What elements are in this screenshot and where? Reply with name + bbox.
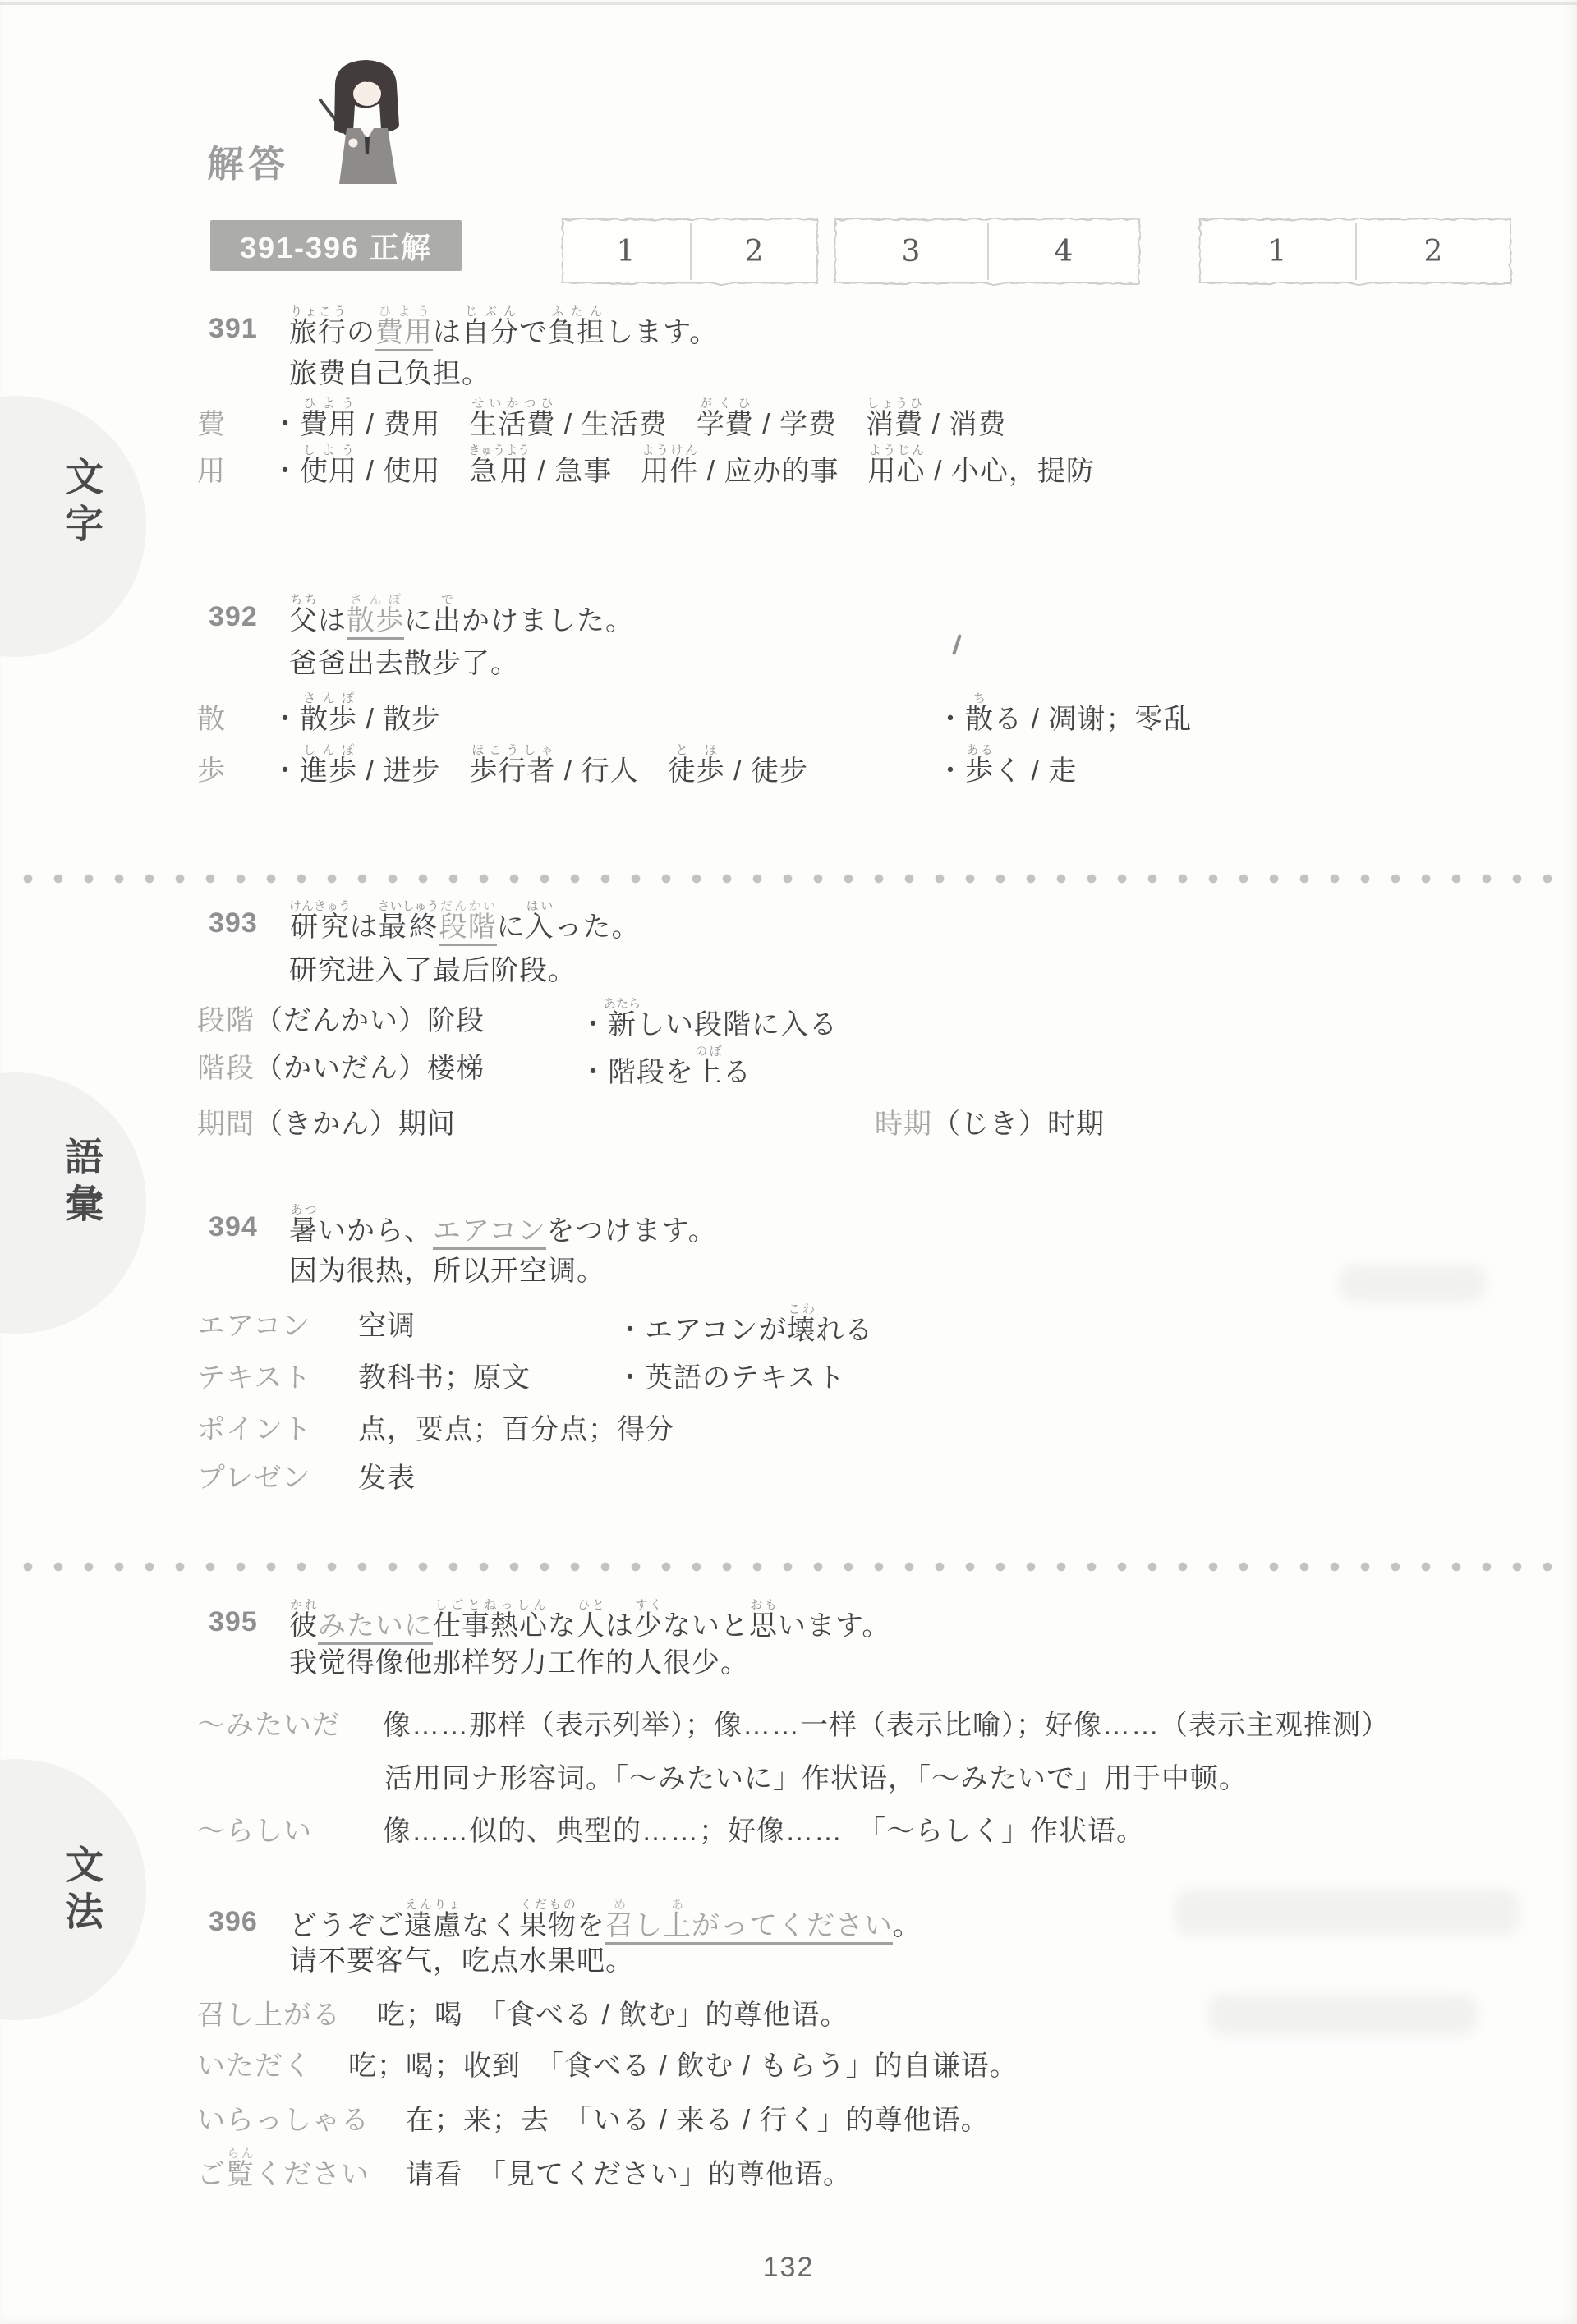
row-head: ～らしい bbox=[197, 1807, 383, 1855]
row-body: 点，要点；百分点；得分 bbox=[358, 1414, 674, 1445]
vocab-row: 散・散歩さんぽ / 散步 ・散ちる / 凋谢；零乱 bbox=[197, 691, 1544, 739]
question-392-sentence: 392 父ちちは散歩さんぽに出でかけました。 bbox=[197, 593, 1544, 641]
row-right: ・英語のテキスト bbox=[616, 1354, 845, 1402]
question-number: 393 bbox=[209, 899, 258, 947]
vocab-row: プレゼン发表 bbox=[197, 1454, 1544, 1502]
row-body: 像……似的、典型的……；好像…… 「～らしく」作状语。 bbox=[383, 1816, 1145, 1847]
grammar-row: いただく吃；喝；收到 「食べる / 飲む / もらう」的自谦语。 bbox=[197, 2042, 1544, 2090]
bleed-artifact bbox=[1339, 1265, 1487, 1302]
row-right: ・新あたらしい段階に入る bbox=[579, 997, 838, 1049]
row-head: ご覧らんください bbox=[197, 2147, 370, 2198]
row-right: 時期（じき）时期 bbox=[875, 1100, 1105, 1148]
grammar-row: ～らしい像……似的、典型的……；好像…… 「～らしく」作状语。 bbox=[197, 1807, 1544, 1855]
answer-group-1: 1 2 bbox=[562, 218, 818, 284]
row-right: ・歩あるく / 走 bbox=[936, 743, 1077, 795]
row-body: 空调 bbox=[358, 1311, 416, 1342]
translation-text: 爸爸出去散步了。 bbox=[289, 640, 519, 687]
question-392-translation: 爸爸出去散步了。 bbox=[197, 640, 1544, 687]
row-body: ・進歩しんぽ / 进步 歩行者ほこうしゃ / 行人 徒歩とほ / 徒步 bbox=[271, 756, 808, 787]
answer-cell: 2 bbox=[690, 218, 818, 284]
scan-edge-artifact bbox=[0, 2, 1577, 5]
vocab-row: 費・費用ひよう / 费用 生活費せいかつひ / 生活费 学費がくひ / 学费 消… bbox=[197, 397, 1544, 444]
answer-cell: 2 bbox=[1355, 218, 1511, 284]
vocab-row: 歩・進歩しんぽ / 进步 歩行者ほこうしゃ / 行人 徒歩とほ / 徒步 ・歩あ… bbox=[197, 743, 1544, 791]
answer-cell: 1 bbox=[1199, 218, 1355, 284]
page: 文字 語彙 文法 解答 391-396 正解 1 2 3 4 1 bbox=[0, 0, 1577, 2324]
row-head: ～みたいだ bbox=[197, 1702, 383, 1749]
row-right: ・階段を上のぼる bbox=[579, 1045, 752, 1096]
row-head: 期間 bbox=[197, 1100, 255, 1148]
vocab-row: テキスト教科书；原文 ・英語のテキスト bbox=[197, 1354, 1544, 1402]
face bbox=[353, 81, 381, 106]
translation-text: 我觉得像他那样努力工作的人很少。 bbox=[289, 1639, 749, 1687]
vocab-row: エアコン空调 ・エアコンが壊こわれる bbox=[197, 1302, 1544, 1350]
grammar-row: 活用同ナ形容词。「～みたいに」作状语，「～みたいで」用于中顿。 bbox=[197, 1755, 1544, 1803]
row-body: ・散歩さんぽ / 散步 bbox=[271, 704, 440, 735]
answer-cell: 3 bbox=[834, 218, 987, 284]
question-number: 391 bbox=[209, 305, 258, 352]
row-body: ・費用ひよう / 费用 生活費せいかつひ / 生活费 学費がくひ / 学费 消費… bbox=[271, 409, 1006, 440]
answer-range-badge: 391-396 正解 bbox=[210, 220, 462, 271]
question-number: 394 bbox=[209, 1203, 258, 1251]
answer-cell: 1 bbox=[562, 218, 690, 284]
row-head: いただく bbox=[197, 2042, 312, 2090]
vocab-row: 階段（かいだん）楼梯 ・階段を上のぼる bbox=[197, 1045, 1544, 1092]
answer-cell: 4 bbox=[987, 218, 1140, 284]
vocab-row: 期間（きかん）期间 時期（じき）时期 bbox=[197, 1100, 1544, 1148]
row-right: ・エアコンが壊こわれる bbox=[616, 1302, 873, 1354]
row-body: 吃；喝 「食べる / 飲む」的尊他语。 bbox=[377, 2000, 848, 2031]
translation-text: 请不要客气，吃点水果吧。 bbox=[289, 1937, 634, 1985]
row-head: テキスト bbox=[197, 1354, 358, 1402]
teacher-illustration bbox=[319, 57, 416, 189]
row-body: 请看 「見てください」的尊他语。 bbox=[406, 2159, 852, 2190]
row-body: ・使用しよう / 使用 急用きゅうよう / 急事 用件ようけん / 应办的事 用… bbox=[271, 456, 1095, 487]
translation-text: 因为很热，所以开空调。 bbox=[289, 1247, 605, 1295]
row-body: 活用同ナ形容词。「～みたいに」作状语，「～みたいで」用于中顿。 bbox=[384, 1763, 1248, 1794]
translation-text: 研究进入了最后阶段。 bbox=[289, 947, 577, 994]
question-number: 392 bbox=[209, 593, 258, 641]
dotted-divider bbox=[23, 1562, 1557, 1573]
row-head: 歩 bbox=[197, 747, 271, 795]
tie bbox=[365, 137, 370, 154]
row-body: （だんかい）阶段 bbox=[255, 1005, 485, 1036]
translation-text: 旅费自己负担。 bbox=[289, 350, 490, 397]
question-396-translation: 请不要客气，吃点水果吧。 bbox=[197, 1937, 1544, 1985]
row-head: プレゼン bbox=[197, 1454, 358, 1502]
question-395-translation: 我觉得像他那样努力工作的人很少。 bbox=[197, 1639, 1544, 1687]
sentence-text: 旅行りょこうの費用ひようは自分じぶんで負担ふたんします。 bbox=[289, 305, 718, 356]
row-right: ・散ちる / 凋谢；零乱 bbox=[936, 691, 1192, 743]
question-391-sentence: 391 旅行りょこうの費用ひようは自分じぶんで負担ふたんします。 bbox=[197, 305, 1544, 352]
grammar-row: ご覧らんください请看 「見てください」的尊他语。 bbox=[197, 2147, 1544, 2194]
row-body: 吃；喝；收到 「食べる / 飲む / もらう」的自谦语。 bbox=[348, 2051, 1018, 2082]
vocab-row: ポイント点，要点；百分点；得分 bbox=[197, 1406, 1544, 1454]
bleed-artifact bbox=[1175, 1889, 1520, 1936]
row-head: 散 bbox=[197, 696, 271, 743]
question-393-sentence: 393 研究けんきゅうは最終さいしゅう段階だんかいに入はいった。 bbox=[197, 899, 1544, 947]
row-body: （かいだん）楼梯 bbox=[255, 1053, 485, 1084]
sidebar-label-goi: 語彙 bbox=[62, 1137, 101, 1230]
page-title: 解答 bbox=[207, 134, 289, 187]
grammar-row: ～みたいだ像……那样（表示列举）；像……一样（表示比喻）；好像……（表示主观推测… bbox=[197, 1702, 1544, 1749]
dotted-divider bbox=[23, 874, 1557, 884]
row-head: 階段 bbox=[197, 1045, 255, 1092]
row-body: 发表 bbox=[358, 1463, 416, 1494]
vocab-row: 用・使用しよう / 使用 急用きゅうよう / 急事 用件ようけん / 应办的事 … bbox=[197, 443, 1544, 491]
question-393-translation: 研究进入了最后阶段。 bbox=[197, 947, 1544, 994]
row-head: 召し上がる bbox=[197, 1991, 341, 2039]
bleed-artifact bbox=[1207, 1994, 1478, 2035]
row-head: エアコン bbox=[197, 1302, 358, 1350]
page-number: 132 bbox=[0, 2252, 1577, 2284]
sidebar-label-bunpou: 文法 bbox=[62, 1844, 101, 1938]
question-394-sentence: 394 暑あついから、エアコンをつけます。 bbox=[197, 1203, 1544, 1251]
row-body: 教科书；原文 bbox=[358, 1362, 531, 1394]
grammar-row: いらっしゃる在；来；去 「いる / 来る / 行く」的尊他语。 bbox=[197, 2097, 1544, 2144]
row-body: 像……那样（表示列举）；像……一样（表示比喻）；好像……（表示主观推测） bbox=[383, 1710, 1390, 1741]
question-391-translation: 旅费自己负担。 bbox=[197, 350, 1544, 397]
answer-group-3: 1 2 bbox=[1199, 218, 1511, 284]
row-body: 在；来；去 「いる / 来る / 行く」的尊他语。 bbox=[406, 2105, 990, 2136]
vocab-row: 段階（だんかい）阶段 ・新あたらしい段階に入る bbox=[197, 997, 1544, 1045]
row-head: 段階 bbox=[197, 997, 255, 1045]
row-body: （きかん）期间 bbox=[255, 1109, 456, 1140]
hand bbox=[349, 139, 358, 148]
answer-group-2: 3 4 bbox=[834, 218, 1140, 284]
sidebar-label-moji: 文字 bbox=[62, 457, 101, 550]
sentence-text: 研究けんきゅうは最終さいしゅう段階だんかいに入はいった。 bbox=[289, 899, 641, 951]
row-head: いらっしゃる bbox=[197, 2097, 370, 2144]
sentence-text: 父ちちは散歩さんぽに出でかけました。 bbox=[289, 593, 634, 645]
row-head: ポイント bbox=[197, 1406, 358, 1454]
row-head: 用 bbox=[197, 448, 271, 495]
row-head: 費 bbox=[197, 401, 271, 448]
